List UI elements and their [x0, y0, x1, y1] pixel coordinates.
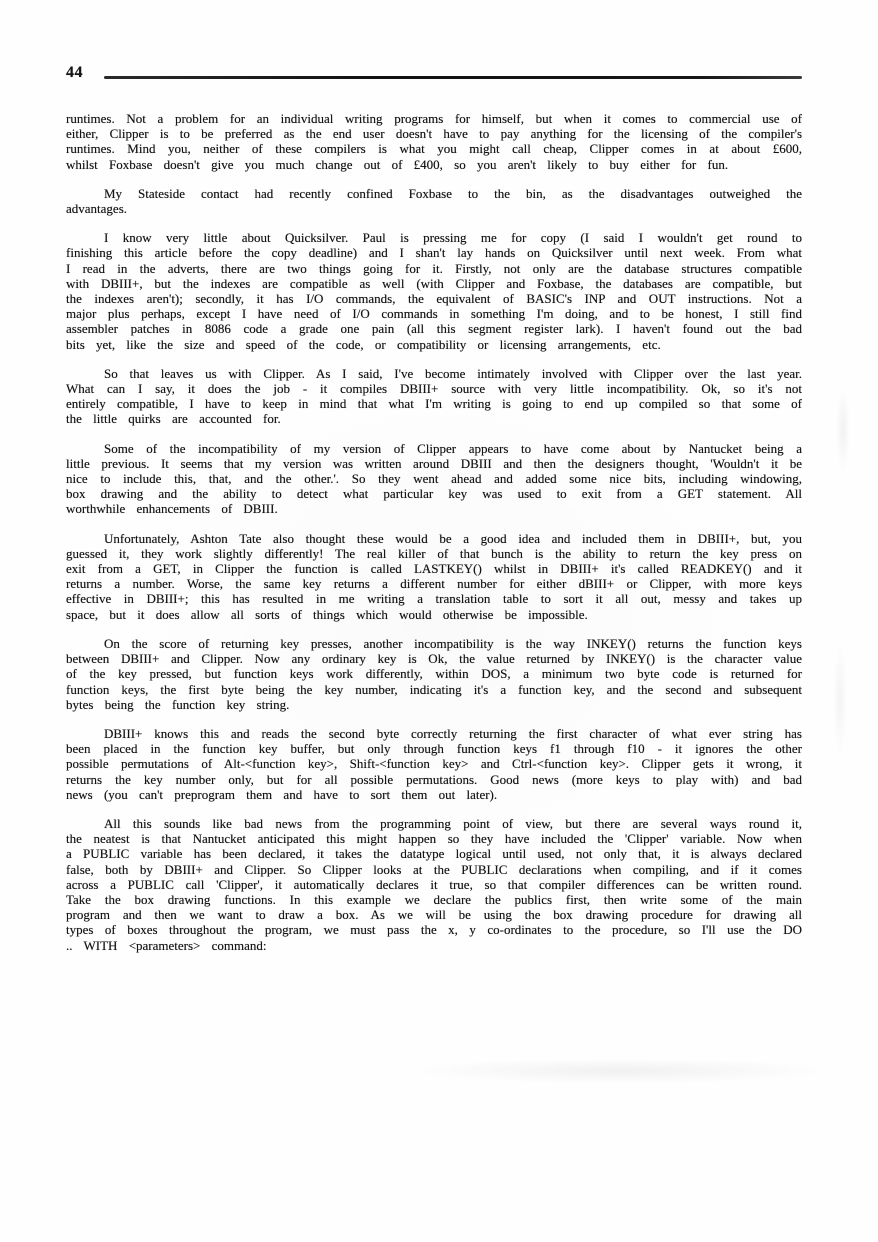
paragraph-leaves-us-with-clipper: So that leaves us with Clipper. As I sai… — [66, 366, 802, 427]
article-body: runtimes. Not a problem for an individua… — [66, 111, 802, 967]
paragraph-runtimes: runtimes. Not a problem for an individua… — [66, 111, 802, 172]
paragraph-ashton-tate: Unfortunately, Ashton Tate also thought … — [66, 531, 802, 622]
paragraph-incompatibility-nantucket: Some of the incompatibility of my versio… — [66, 441, 802, 517]
page-number: 44 — [66, 64, 83, 82]
paragraph-clipper-variable: All this sounds like bad news from the p… — [66, 816, 802, 953]
paragraph-inkey-function-keys: On the score of returning key presses, a… — [66, 636, 802, 712]
paragraph-quicksilver: I know very little about Quicksilver. Pa… — [66, 230, 802, 352]
paragraph-dbiii-second-byte: DBIII+ knows this and reads the second b… — [66, 726, 802, 802]
document-page: 44 runtimes. Not a problem for an indivi… — [0, 0, 878, 1242]
header-rule — [104, 76, 802, 79]
page-header: 44 — [66, 64, 802, 86]
paragraph-stateside-contact: My Stateside contact had recently confin… — [66, 186, 802, 216]
